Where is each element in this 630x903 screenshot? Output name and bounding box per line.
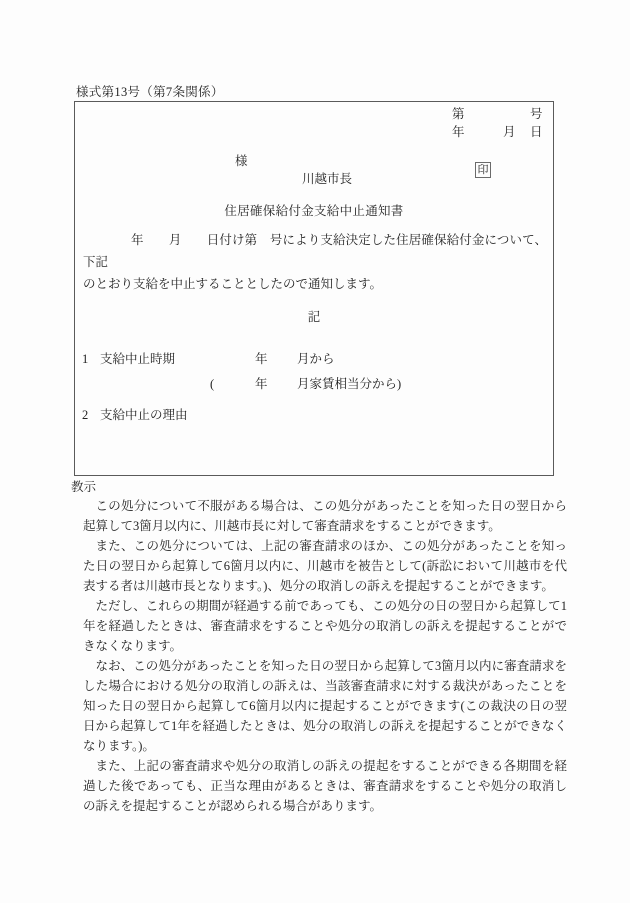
date-day-label: 日 [530, 123, 543, 142]
item2-number: 2 [82, 406, 88, 425]
item1-paren-open: ( [210, 375, 214, 394]
seal-stamp-box: 印 [475, 162, 491, 178]
instructions-paragraph-1: この処分について不服がある場合は、この処分があったことを知った日の翌日から起算し… [83, 496, 567, 536]
notice-box: 第 号 年 月 日 様 川越市長 印 住居確保給付金支給中止通知書 年 月 日付… [74, 101, 554, 476]
notice-body-line2: のとおり支給を中止することとしたので通知します。 [83, 273, 547, 295]
doc-number-suffix: 号 [530, 105, 543, 124]
instructions-heading: 教示 [71, 477, 96, 497]
document-title: 住居確保給付金支給中止通知書 [75, 202, 553, 221]
doc-number-prefix: 第 [452, 105, 465, 124]
instructions-body: この処分について不服がある場合は、この処分があったことを知った日の翌日から起算し… [83, 496, 567, 816]
item1-paren-row: ( 年 月家賃相当分から) [75, 375, 553, 393]
instructions-paragraph-3: ただし、これらの期間が経過する前であっても、この処分の日の翌日から起算して1年を… [83, 596, 567, 656]
item1-year-label: 年 [255, 350, 268, 369]
record-marker: 記 [75, 308, 553, 327]
issuer-name: 川越市長 [302, 170, 352, 189]
instructions-paragraph-5: また、上記の審査請求や処分の取消しの訴えの提起をすることができる各期間を経過した… [83, 756, 567, 816]
addressee-honorific: 様 [235, 152, 248, 171]
item1-label: 支給中止時期 [100, 350, 175, 369]
notice-body-line1: 年 月 日付け第 号により支給決定した住居確保給付金について、下記 [83, 229, 547, 273]
instructions-paragraph-4: なお、この処分があったことを知った日の翌日から起算して3箇月以内に審査請求をした… [83, 656, 567, 756]
date-year-label: 年 [452, 123, 465, 142]
item1-row: 1 支給中止時期 年 月から [75, 350, 553, 368]
item1-paren-rest-label: 月家賃相当分から) [297, 375, 401, 394]
item1-number: 1 [82, 350, 88, 369]
notice-body: 年 月 日付け第 号により支給決定した住居確保給付金について、下記 のとおり支給… [83, 229, 547, 295]
instructions-paragraph-2: また、この処分については、上記の審査請求のほか、この処分があったことを知った日の… [83, 536, 567, 596]
item1-paren-year-label: 年 [255, 375, 268, 394]
item1-month-from-label: 月から [297, 350, 335, 369]
form-code-label: 様式第13号（第7条関係） [76, 83, 224, 102]
document-page: 様式第13号（第7条関係） 第 号 年 月 日 様 川越市長 印 住居確保給付金… [0, 0, 630, 903]
date-month-label: 月 [503, 123, 516, 142]
item2-row: 2 支給中止の理由 [75, 406, 553, 424]
item2-label: 支給中止の理由 [100, 406, 188, 425]
